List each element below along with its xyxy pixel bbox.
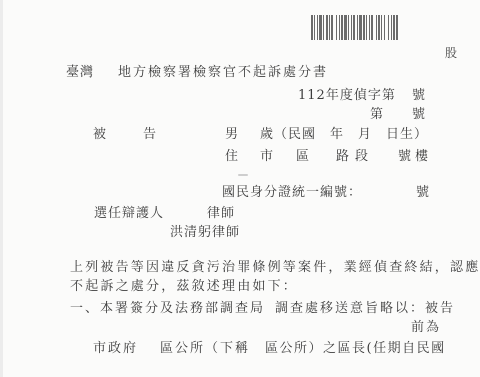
paragraph-1-line-1: 上列被告等因違反貪污治罪條例等案件，業經偵查終結，認應為 — [70, 260, 480, 276]
item-1-line-3a: 市政府 — [93, 341, 138, 357]
item-1-line-1a: 一、本署簽分及法務部調查局 — [70, 301, 265, 317]
item-1-line-2: 前為 — [411, 320, 441, 336]
address-road: 路段 — [336, 149, 374, 165]
item-1-line-1b: 調查處移送意旨略以：被告 — [275, 301, 455, 317]
defendant-gender: 男 — [225, 127, 239, 143]
scan-edge — [0, 0, 3, 377]
case-number-prefix: 112年度偵字第 — [298, 88, 396, 104]
item-1-line-3b: 區公所（下稱 — [160, 341, 250, 357]
case-number-suffix: 號 — [412, 88, 426, 104]
counsel-label: 選任辯護人 — [94, 206, 164, 222]
address-city: 市 — [260, 149, 274, 165]
division-label: 股 — [445, 45, 458, 61]
lawyer-2: 洪清躬律師 — [170, 225, 240, 241]
id-number-suffix: 號 — [416, 185, 430, 201]
document-title: 地方檢察署檢察官不起訴處分書 — [118, 65, 328, 81]
item-1-line-3c: 區公所）之區長(任期自民國 — [265, 341, 446, 357]
document-page: 股 臺灣 地方檢察署檢察官不起訴處分書 112年度偵字第 號 第 號 被 告 男… — [0, 0, 480, 377]
barcode — [311, 15, 456, 40]
paragraph-1-line-2: 不起訴之處分，茲敘述理由如下： — [70, 279, 298, 295]
case-number-2-suffix: 號 — [412, 107, 426, 123]
defendant-birth: 歲（民國 年 月 日生） — [260, 127, 428, 143]
address-label: 住 — [225, 149, 239, 165]
id-number-label: 國民身分證統一編號： — [222, 185, 362, 201]
address-district: 區 — [296, 149, 310, 165]
address-number: 號樓 — [398, 149, 432, 165]
lawyer-1: 律師 — [207, 206, 235, 222]
defendant-label-2: 告 — [143, 127, 157, 143]
case-number-2-prefix: 第 — [370, 107, 384, 123]
scan-mark — [238, 174, 248, 176]
defendant-label-1: 被 — [93, 127, 107, 143]
barcode-bar — [398, 15, 399, 40]
title-region: 臺灣 — [66, 65, 94, 81]
